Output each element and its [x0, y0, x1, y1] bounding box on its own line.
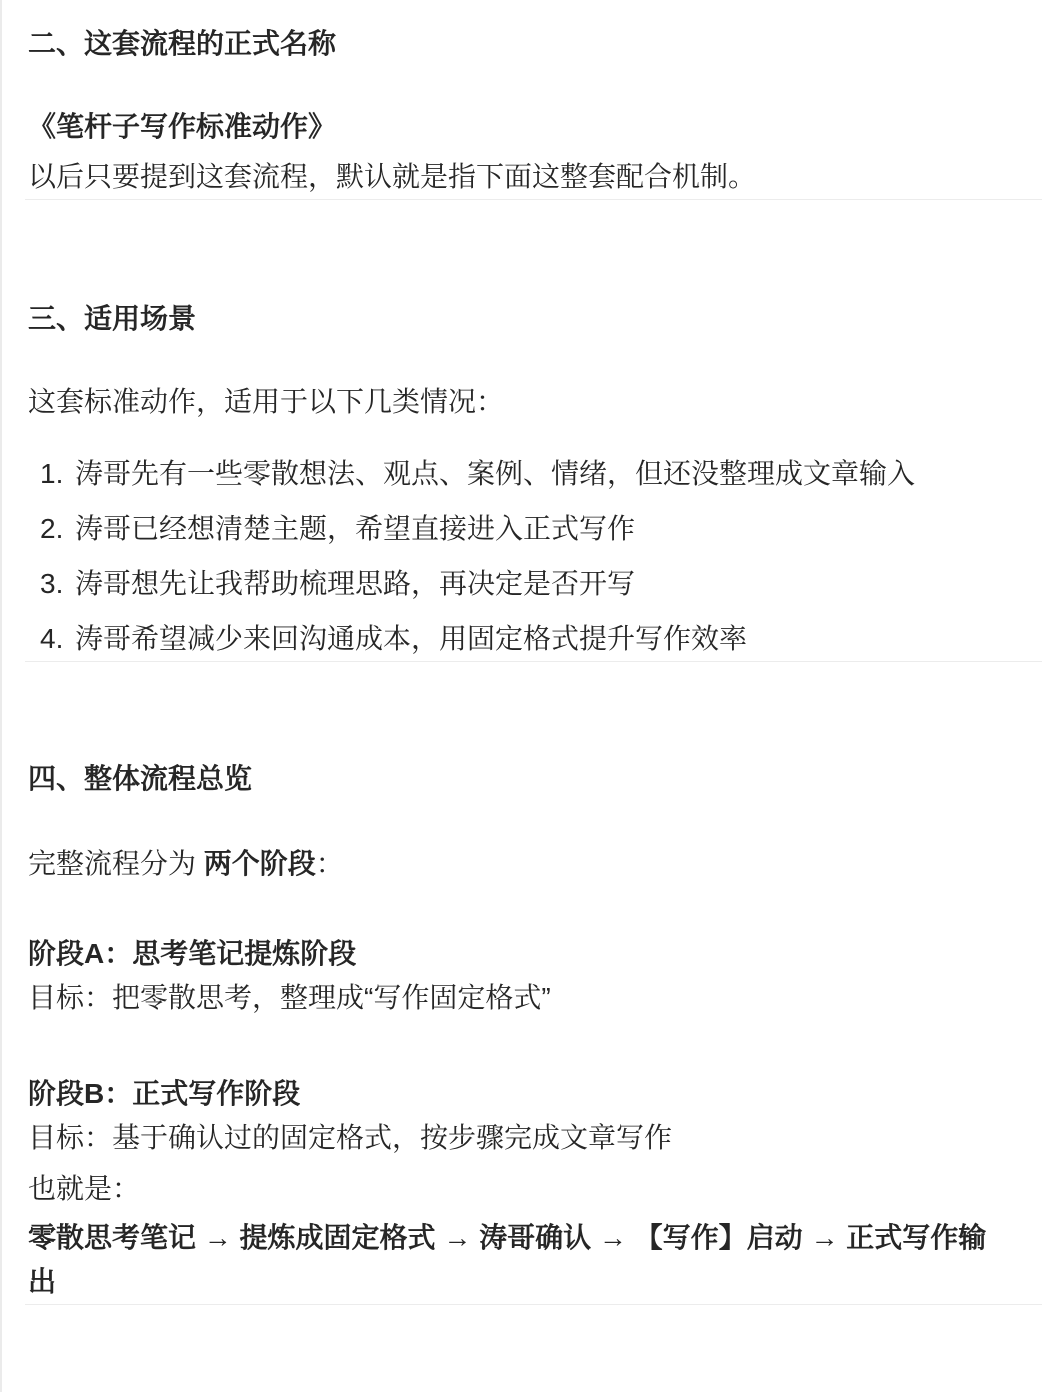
list-item-number: 2. — [40, 507, 63, 551]
overview-intro-suffix: ： — [316, 848, 344, 879]
phase-b-goal: 目标：基于确认过的固定格式，按步骤完成文章写作 — [28, 1116, 1012, 1160]
section-heading-process-name: 二、这套流程的正式名称 — [28, 22, 1012, 66]
list-item-text: 涛哥希望减少来回沟通成本，用固定格式提升写作效率 — [75, 623, 747, 654]
section-divider — [25, 199, 1042, 200]
process-note: 以后只要提到这套流程，默认就是指下面这整套配合机制。 — [28, 155, 1012, 199]
section-divider — [25, 661, 1042, 662]
list-item-number: 4. — [40, 617, 63, 661]
use-cases-intro: 这套标准动作，适用于以下几类情况： — [28, 380, 1012, 424]
list-item-text: 涛哥已经想清楚主题，希望直接进入正式写作 — [75, 513, 635, 544]
list-item-number: 1. — [40, 452, 63, 496]
list-item-number: 3. — [40, 562, 63, 606]
section-heading-use-cases: 三、适用场景 — [28, 297, 1012, 341]
page-left-edge — [0, 0, 2, 1392]
list-item: 1. 涛哥先有一些零散想法、观点、案例、情绪，但还没整理成文章输入 — [28, 452, 1012, 496]
list-item-text: 涛哥先有一些零散想法、观点、案例、情绪，但还没整理成文章输入 — [75, 458, 915, 489]
use-case-list: 1. 涛哥先有一些零散想法、观点、案例、情绪，但还没整理成文章输入 2. 涛哥已… — [28, 452, 1012, 661]
overview-intro-prefix: 完整流程分为 — [28, 848, 204, 879]
phase-a: 阶段A：思考笔记提炼阶段 目标：把零散思考，整理成“写作固定格式” — [28, 932, 1012, 1020]
also-label: 也就是： — [28, 1167, 1012, 1211]
section-heading-overview: 四、整体流程总览 — [28, 757, 1012, 801]
phase-b: 阶段B：正式写作阶段 目标：基于确认过的固定格式，按步骤完成文章写作 — [28, 1072, 1012, 1160]
section-divider — [25, 1304, 1042, 1305]
list-item: 3. 涛哥想先让我帮助梳理思路，再决定是否开写 — [28, 562, 1012, 606]
phase-a-title: 阶段A：思考笔记提炼阶段 — [28, 932, 1012, 976]
flow-summary: 零散思考笔记 → 提炼成固定格式 → 涛哥确认 → 【写作】启动 → 正式写作输… — [28, 1216, 1012, 1304]
list-item: 4. 涛哥希望减少来回沟通成本，用固定格式提升写作效率 — [28, 617, 1012, 661]
overview-intro-bold: 两个阶段 — [204, 848, 316, 879]
list-item-text: 涛哥想先让我帮助梳理思路，再决定是否开写 — [75, 568, 635, 599]
list-item: 2. 涛哥已经想清楚主题，希望直接进入正式写作 — [28, 507, 1012, 551]
document-body: 二、这套流程的正式名称 《笔杆子写作标准动作》 以后只要提到这套流程，默认就是指… — [0, 22, 1042, 1305]
overview-intro: 完整流程分为 两个阶段： — [28, 842, 1012, 886]
process-title: 《笔杆子写作标准动作》 — [28, 105, 1012, 149]
phase-a-goal: 目标：把零散思考，整理成“写作固定格式” — [28, 976, 1012, 1020]
phase-b-title: 阶段B：正式写作阶段 — [28, 1072, 1012, 1116]
